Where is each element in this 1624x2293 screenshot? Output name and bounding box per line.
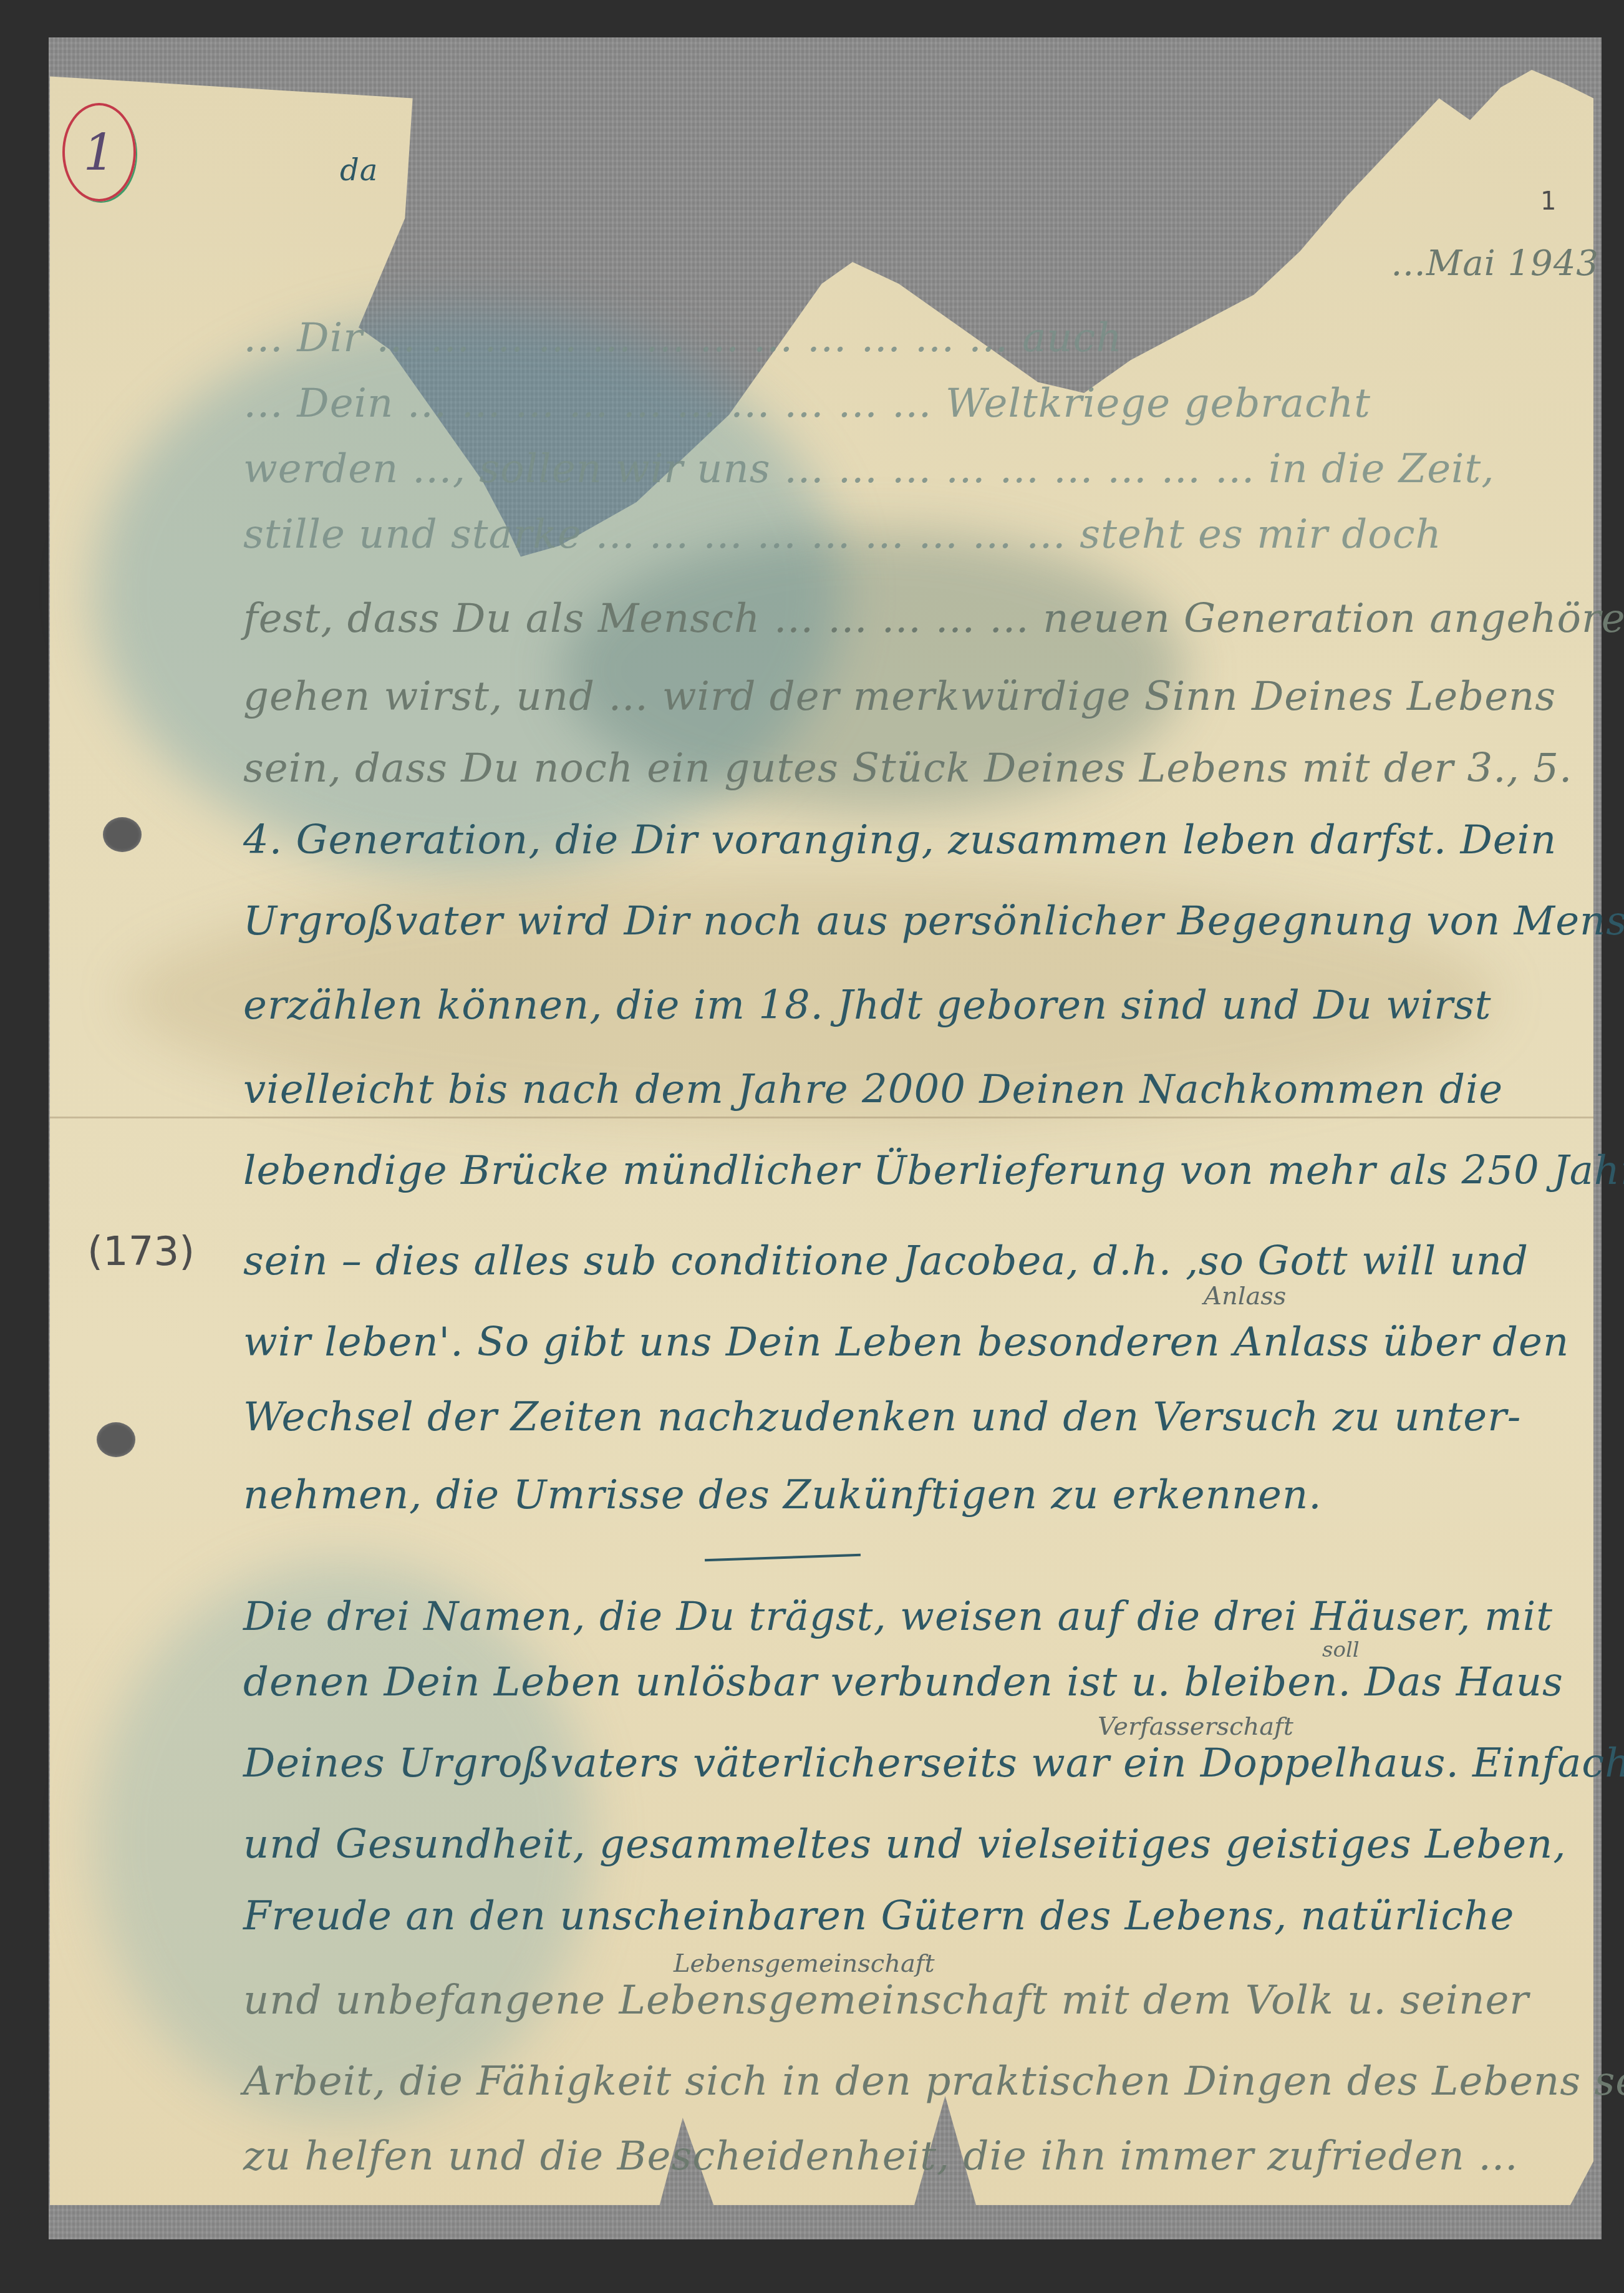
paper-fold-line (50, 1117, 1593, 1118)
interlinear-correction: Anlass (1204, 1282, 1286, 1311)
letter-line: denen Dein Leben unlösbar verbunden ist … (243, 1659, 1564, 1705)
interlinear-correction: soll (1322, 1637, 1360, 1662)
letter-line: Deines Urgroßvaters väterlicherseits war… (243, 1740, 1624, 1786)
letter-line: nehmen, die Umrisse des Zukünftigen zu e… (243, 1472, 1322, 1518)
punch-hole (97, 1422, 135, 1457)
interlinear-correction: Verfasserschaft (1098, 1712, 1293, 1741)
letter-line: Urgroßvater wird Dir noch aus persönlich… (243, 898, 1624, 944)
letter-line: lebendige Brücke mündlicher Überlieferun… (243, 1148, 1624, 1194)
letter-line: gehen wirst, und … wird der merkwürdige … (243, 674, 1556, 720)
letter-line: und unbefangene Lebensgemeinschaft mit d… (243, 1977, 1529, 2024)
header-fragment: da (340, 153, 378, 188)
archive-number: (173) (87, 1229, 195, 1275)
letter-line: wir leben'. So gibt uns Dein Leben beson… (243, 1319, 1569, 1365)
letter-line: und Gesundheit, gesammeltes und vielseit… (243, 1821, 1567, 1868)
page-number: 1 (1540, 187, 1556, 216)
letter-line: Arbeit, die Fähigkeit sich in den prakti… (243, 2058, 1624, 2105)
letter-line: Wechsel der Zeiten nachzudenken und den … (243, 1394, 1521, 1440)
letter-line: fest, dass Du als Mensch … … … … … neuen… (243, 596, 1624, 642)
letter-date: …Mai 1943 (1391, 243, 1599, 284)
circled-page-marker: 1 (62, 103, 136, 201)
punch-hole (103, 817, 142, 852)
letter-line: zu helfen und die Bescheidenheit, die ih… (243, 2133, 1519, 2179)
letter-line: vielleicht bis nach dem Jahre 2000 Deine… (243, 1067, 1503, 1113)
interlinear-correction: Lebensgemeinschaft (674, 1949, 935, 1978)
letter-line: erzählen können, die im 18. Jhdt geboren… (243, 982, 1491, 1029)
letter-line: werden …, sollen wir uns … … … … … … … …… (243, 446, 1495, 492)
letter-line: Freude an den unscheinbaren Gütern des L… (243, 1893, 1514, 1939)
letter-line: sein, dass Du noch ein gutes Stück Deine… (243, 745, 1572, 792)
letter-line: … Dir … … … … … … … … … … … … auch (243, 315, 1123, 361)
letter-line: … Dein … … … … … … … … … … Weltkriege ge… (243, 381, 1371, 427)
letter-line: sein – dies alles sub conditione Jacobea… (243, 1238, 1529, 1284)
letter-line: 4. Generation, die Dir voranging, zusamm… (243, 817, 1557, 863)
page-marker-number: 1 (84, 124, 115, 182)
letter-line: stille und starke … … … … … … … … … steh… (243, 511, 1442, 558)
letter-line: Die drei Namen, die Du trägst, weisen au… (243, 1594, 1553, 1640)
